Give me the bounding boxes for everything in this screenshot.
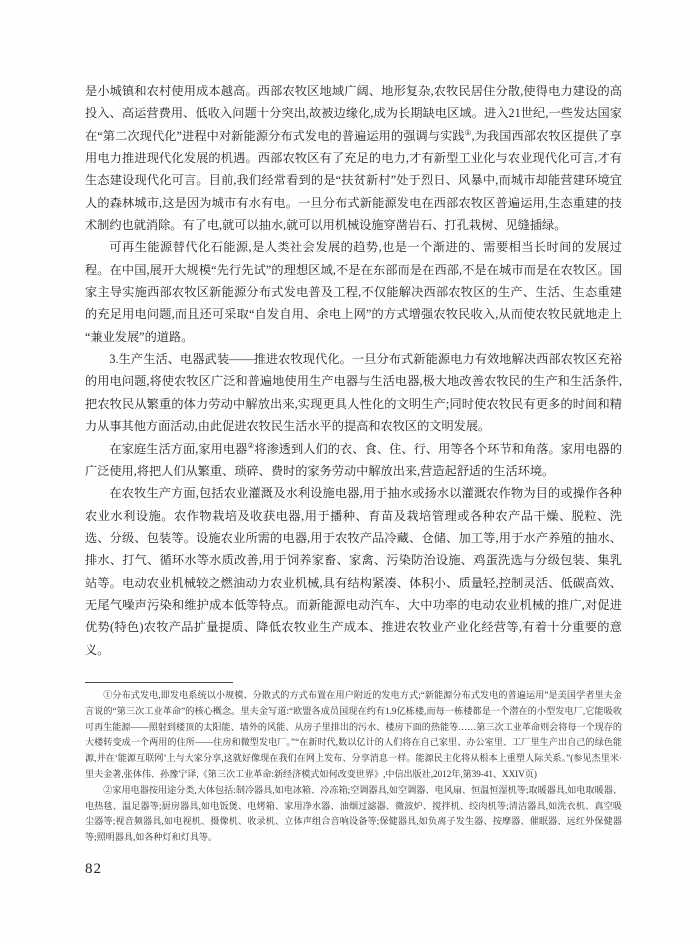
paragraph-continuation: 是小城镇和农村使用成本越高。西部农牧区地域广阔、地形复杂,农牧民居住分散,使得电… (85, 80, 622, 236)
footnote-ref: ① (465, 128, 472, 137)
footnote: ②家用电器按用途分类,大体包括:制冷器具,如电冰箱、冷冻箱;空调器具,如空调器、… (85, 783, 622, 846)
paragraph-renewable-energy: 可再生能源替代化石能源,是人类社会发展的趋势,也是一个渐进的、需要相当长时间的发… (85, 236, 622, 348)
footnote-separator (85, 682, 233, 683)
footnote-ref: ② (247, 440, 254, 449)
page-number: 82 (85, 861, 102, 878)
main-text: 是小城镇和农村使用成本越高。西部农牧区地域广阔、地形复杂,农牧民居住分散,使得电… (85, 80, 622, 661)
paragraph-agriculture: 在农牧生产方面,包括农业灌溉及水利设施电器,用于抽水或扬水以灌溉农作物为目的或操… (85, 482, 622, 661)
footnotes: ①分布式发电,即发电系统以小规模、分散式的方式布置在用户附近的发电方式;“新能源… (85, 688, 622, 846)
paragraph-home-life: 在家庭生活方面,家用电器②将渗透到人们的衣、食、住、行、用等各个环节和角落。家用… (85, 438, 622, 483)
paragraph-point-3: 3.生产生活、电器武装——推进农牧现代化。一旦分布式新能源电力有效地解决西部农牧… (85, 348, 622, 437)
book-page: 是小城镇和农村使用成本越高。西部农牧区地域广阔、地形复杂,农牧民居住分散,使得电… (0, 0, 700, 943)
footnote: ①分布式发电,即发电系统以小规模、分散式的方式布置在用户附近的发电方式;“新能源… (85, 688, 622, 783)
